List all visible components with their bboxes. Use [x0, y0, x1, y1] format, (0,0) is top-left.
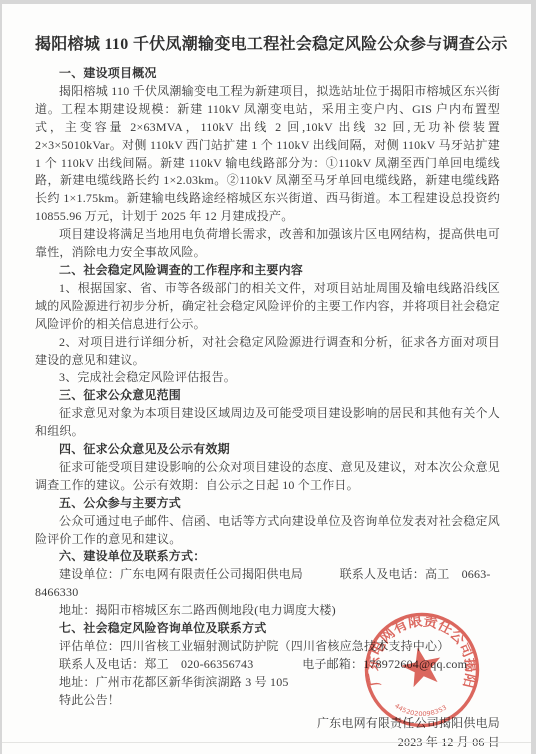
section-heading-6: 六、建设单位及联系方式：: [35, 548, 500, 566]
paragraph-procedure-step-3: 3、完成社会稳定风险评估报告。: [35, 369, 500, 387]
line-announcement-closing: 特此公告！: [35, 692, 500, 710]
paragraph-procedure-step-1: 1、根据国家、省、市等各级部门的相关文件，对项目站址周围及输电线路沿线区域的风险…: [35, 280, 500, 334]
paragraph-participation-method: 公众可通过电子邮件、信函、电话等方式向建设单位及咨询单位发表对社会稳定风险评价工…: [35, 513, 500, 549]
page-bottom-edge: [2, 742, 531, 743]
document-content: 揭阳榕城 110 千伏凤潮输变电工程社会稳定风险公众参与调查公示 一、建设项目概…: [2, 4, 531, 752]
section-heading-2: 二、社会稳定风险调查的工作程序和主要内容: [35, 262, 500, 280]
paragraph-project-overview: 揭阳榕城 110 千伏凤潮输变电工程为新建项目，拟选站址位于揭阳市榕城区东兴街道…: [35, 83, 500, 226]
section-heading-5: 五、公众参与主要方式: [35, 495, 500, 513]
section-heading-1: 一、建设项目概况: [35, 65, 500, 83]
document-page: 揭阳榕城 110 千伏凤潮输变电工程社会稳定风险公众参与调查公示 一、建设项目概…: [2, 4, 531, 754]
line-assessment-unit: 评估单位：四川省核工业辐射测试防护院（四川省核应急技术支持中心）: [35, 638, 500, 656]
paragraph-project-benefit: 项目建设将满足当地用电负荷增长需求，改善和加强该片区电网结构，提高供电可靠性，消…: [35, 226, 500, 262]
document-title: 揭阳榕城 110 千伏凤潮输变电工程社会稳定风险公众参与调查公示: [35, 34, 500, 56]
section-heading-3: 三、征求公众意见范围: [35, 387, 500, 405]
paragraph-procedure-step-2: 2、对项目进行详细分析，对社会稳定风险源进行调查和分析，征求各方面对项目建设的意…: [35, 334, 500, 370]
section-heading-7: 七、社会稳定风险咨询单位及联系方式: [35, 620, 500, 638]
line-assessment-address: 地址：广州市花都区新华街滨湖路 3 号 105: [35, 674, 500, 692]
line-construction-unit-address: 地址：揭阳市榕城区东二路西侧地段(电力调度大楼): [35, 602, 500, 620]
line-assessment-contact-email: 联系人及电话：郑工 020-66356743 电子邮箱：178972604@qq…: [35, 656, 500, 674]
paragraph-opinion-scope: 征求意见对象为本项目建设区域周边及可能受项目建设影响的居民和其他有关个人和组织。: [35, 405, 500, 441]
signature-company: 广东电网有限责任公司揭阳供电局: [35, 714, 500, 733]
section-heading-4: 四、征求公众意见及公示有效期: [35, 441, 500, 459]
line-construction-unit-contact: 建设单位：广东电网有限责任公司揭阳供电局 联系人及电话：高工 0663-8466…: [35, 566, 500, 602]
paragraph-validity-period: 征求可能受项目建设影响的公众对项目建设的态度、意见及建议，对本次公众意见调查工作…: [35, 459, 500, 495]
